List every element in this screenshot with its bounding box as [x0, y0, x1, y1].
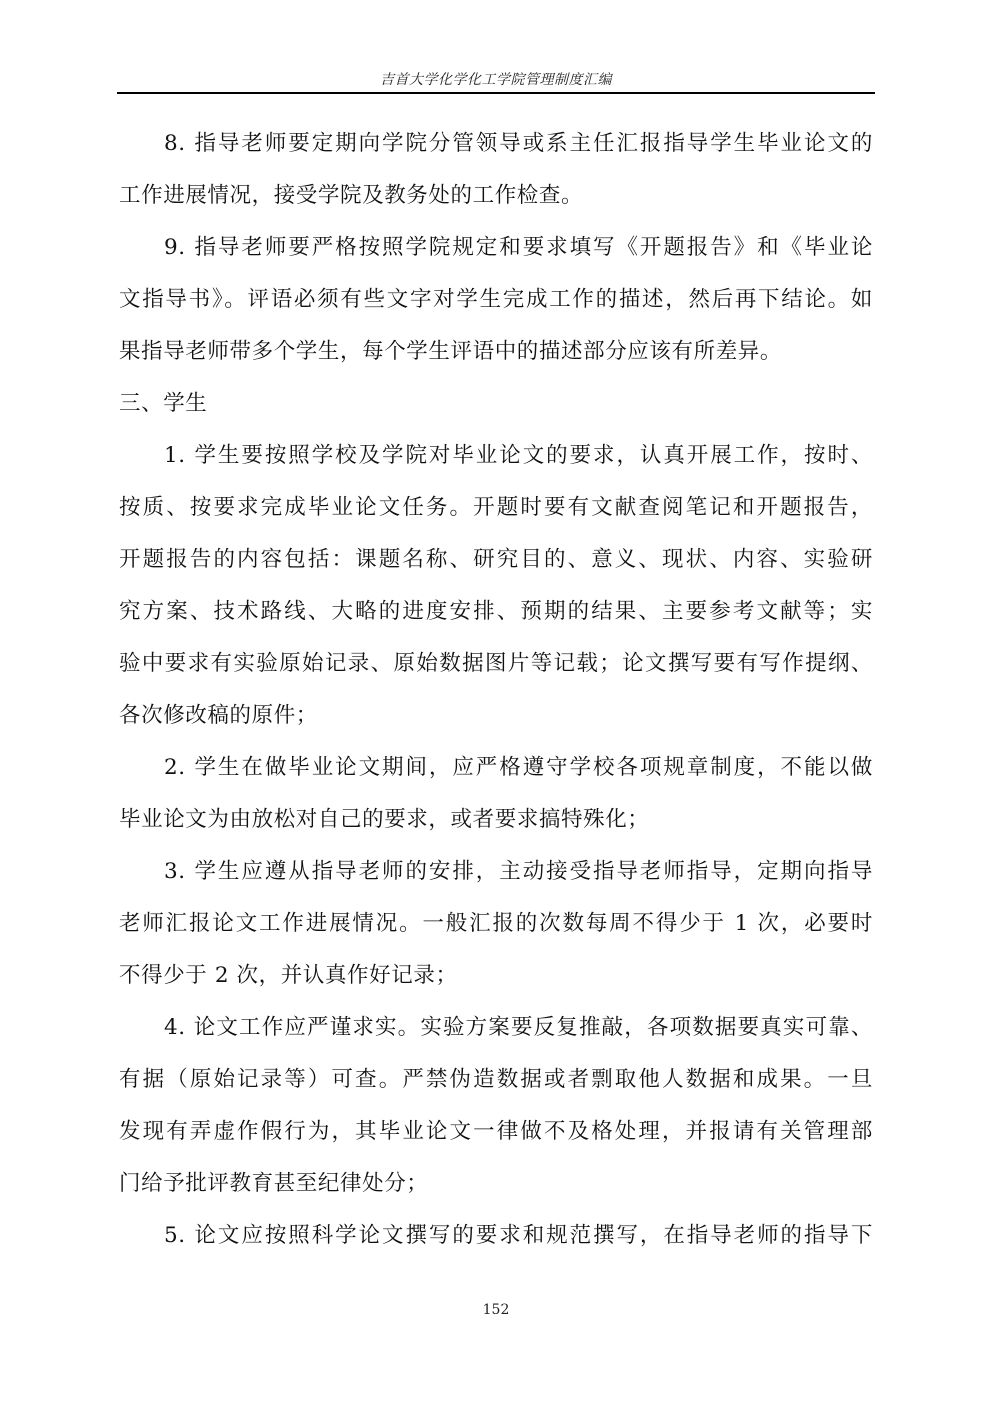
- section-heading: 三、学生: [119, 378, 873, 430]
- text-line: 9. 指导老师要严格按照学院规定和要求填写《开题报告》和《毕业论: [119, 222, 873, 274]
- text-line: 开题报告的内容包括：课题名称、研究目的、意义、现状、内容、实验研: [119, 534, 873, 586]
- text-line: 老师汇报论文工作进展情况。一般汇报的次数每周不得少于 1 次，必要时: [119, 898, 873, 950]
- text-line: 发现有弄虚作假行为，其毕业论文一律做不及格处理，并报请有关管理部: [119, 1106, 873, 1158]
- text-line: 毕业论文为由放松对自己的要求，或者要求搞特殊化；: [119, 794, 873, 846]
- text-line: 门给予批评教育甚至纪律处分；: [119, 1158, 873, 1210]
- running-header: 吉首大学化学化工学院管理制度汇编: [117, 70, 875, 90]
- text-line: 有据（原始记录等）可查。严禁伪造数据或者剽取他人数据和成果。一旦: [119, 1054, 873, 1106]
- text-line: 3. 学生应遵从指导老师的安排，主动接受指导老师指导，定期向指导: [119, 846, 873, 898]
- text-line: 2. 学生在做毕业论文期间，应严格遵守学校各项规章制度，不能以做: [119, 742, 873, 794]
- text-line: 验中要求有实验原始记录、原始数据图片等记载；论文撰写要有写作提纲、: [119, 638, 873, 690]
- text-line: 8. 指导老师要定期向学院分管领导或系主任汇报指导学生毕业论文的: [119, 118, 873, 170]
- text-line: 工作进展情况，接受学院及教务处的工作检查。: [119, 170, 873, 222]
- text-line: 1. 学生要按照学校及学院对毕业论文的要求，认真开展工作，按时、: [119, 430, 873, 482]
- text-line: 4. 论文工作应严谨求实。实验方案要反复推敲，各项数据要真实可靠、: [119, 1002, 873, 1054]
- text-line: 按质、按要求完成毕业论文任务。开题时要有文献查阅笔记和开题报告，: [119, 482, 873, 534]
- text-line: 究方案、技术路线、大略的进度安排、预期的结果、主要参考文献等；实: [119, 586, 873, 638]
- page-number: 152: [117, 1302, 875, 1318]
- header-rule: [117, 92, 875, 94]
- text-line: 5. 论文应按照科学论文撰写的要求和规范撰写，在指导老师的指导下: [119, 1210, 873, 1262]
- text-line: 不得少于 2 次，并认真作好记录；: [119, 950, 873, 1002]
- text-line: 果指导老师带多个学生，每个学生评语中的描述部分应该有所差异。: [119, 326, 873, 378]
- text-line: 文指导书》。评语必须有些文字对学生完成工作的描述，然后再下结论。如: [119, 274, 873, 326]
- body-text: 8. 指导老师要定期向学院分管领导或系主任汇报指导学生毕业论文的 工作进展情况，…: [119, 118, 873, 1262]
- text-line: 各次修改稿的原件；: [119, 690, 873, 742]
